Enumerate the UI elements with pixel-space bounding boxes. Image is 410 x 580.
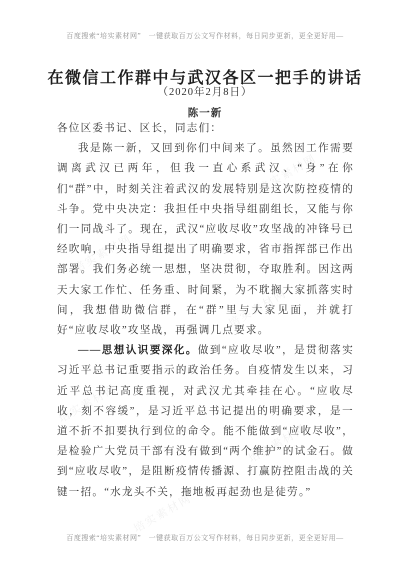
body-paragraph: 我是陈一新，又回到你们中间来了。虽然因工作需要调离武汉已两年，但我一直心系武汉、… (57, 139, 354, 341)
document-page: 培实素材网 培实素材网 培实素材网 培实素材网 培实素材网 培实素材网 百度搜索… (0, 0, 410, 580)
document-body: 各位区委书记、区长，同志们： 我是陈一新，又回到你们中间来了。虽然因工作需要调离… (57, 119, 354, 503)
body-paragraph: ——思想认识要深化。做到“应收尽收”，是贯彻落实习近平总书记重要指示的政治任务。… (57, 341, 354, 503)
footer-promo-note: 百度搜索“培实素材网” 一键获取百万公文写作材料，每日同步更新，更全更好用— (0, 533, 410, 543)
paragraph-text: 我是陈一新，又回到你们中间来了。虽然因工作需要调离武汉已两年，但我一直心系武汉、… (57, 143, 354, 336)
paragraph-lead-heading: ——思想认识要深化。 (78, 345, 198, 356)
document-date: （2020年2月8日） (0, 84, 410, 99)
paragraph-text: 做到“应收尽收”，是贯彻落实习近平总书记重要指示的政治任务。自疫情发生以来，习近… (57, 345, 354, 497)
salutation: 各位区委书记、区长，同志们： (57, 119, 354, 139)
document-author: 陈一新 (0, 105, 410, 120)
header-promo-note: 百度搜索“培实素材网” 一键获取百万公文写作材料，每日同步更新，更全更好用— (0, 31, 410, 41)
